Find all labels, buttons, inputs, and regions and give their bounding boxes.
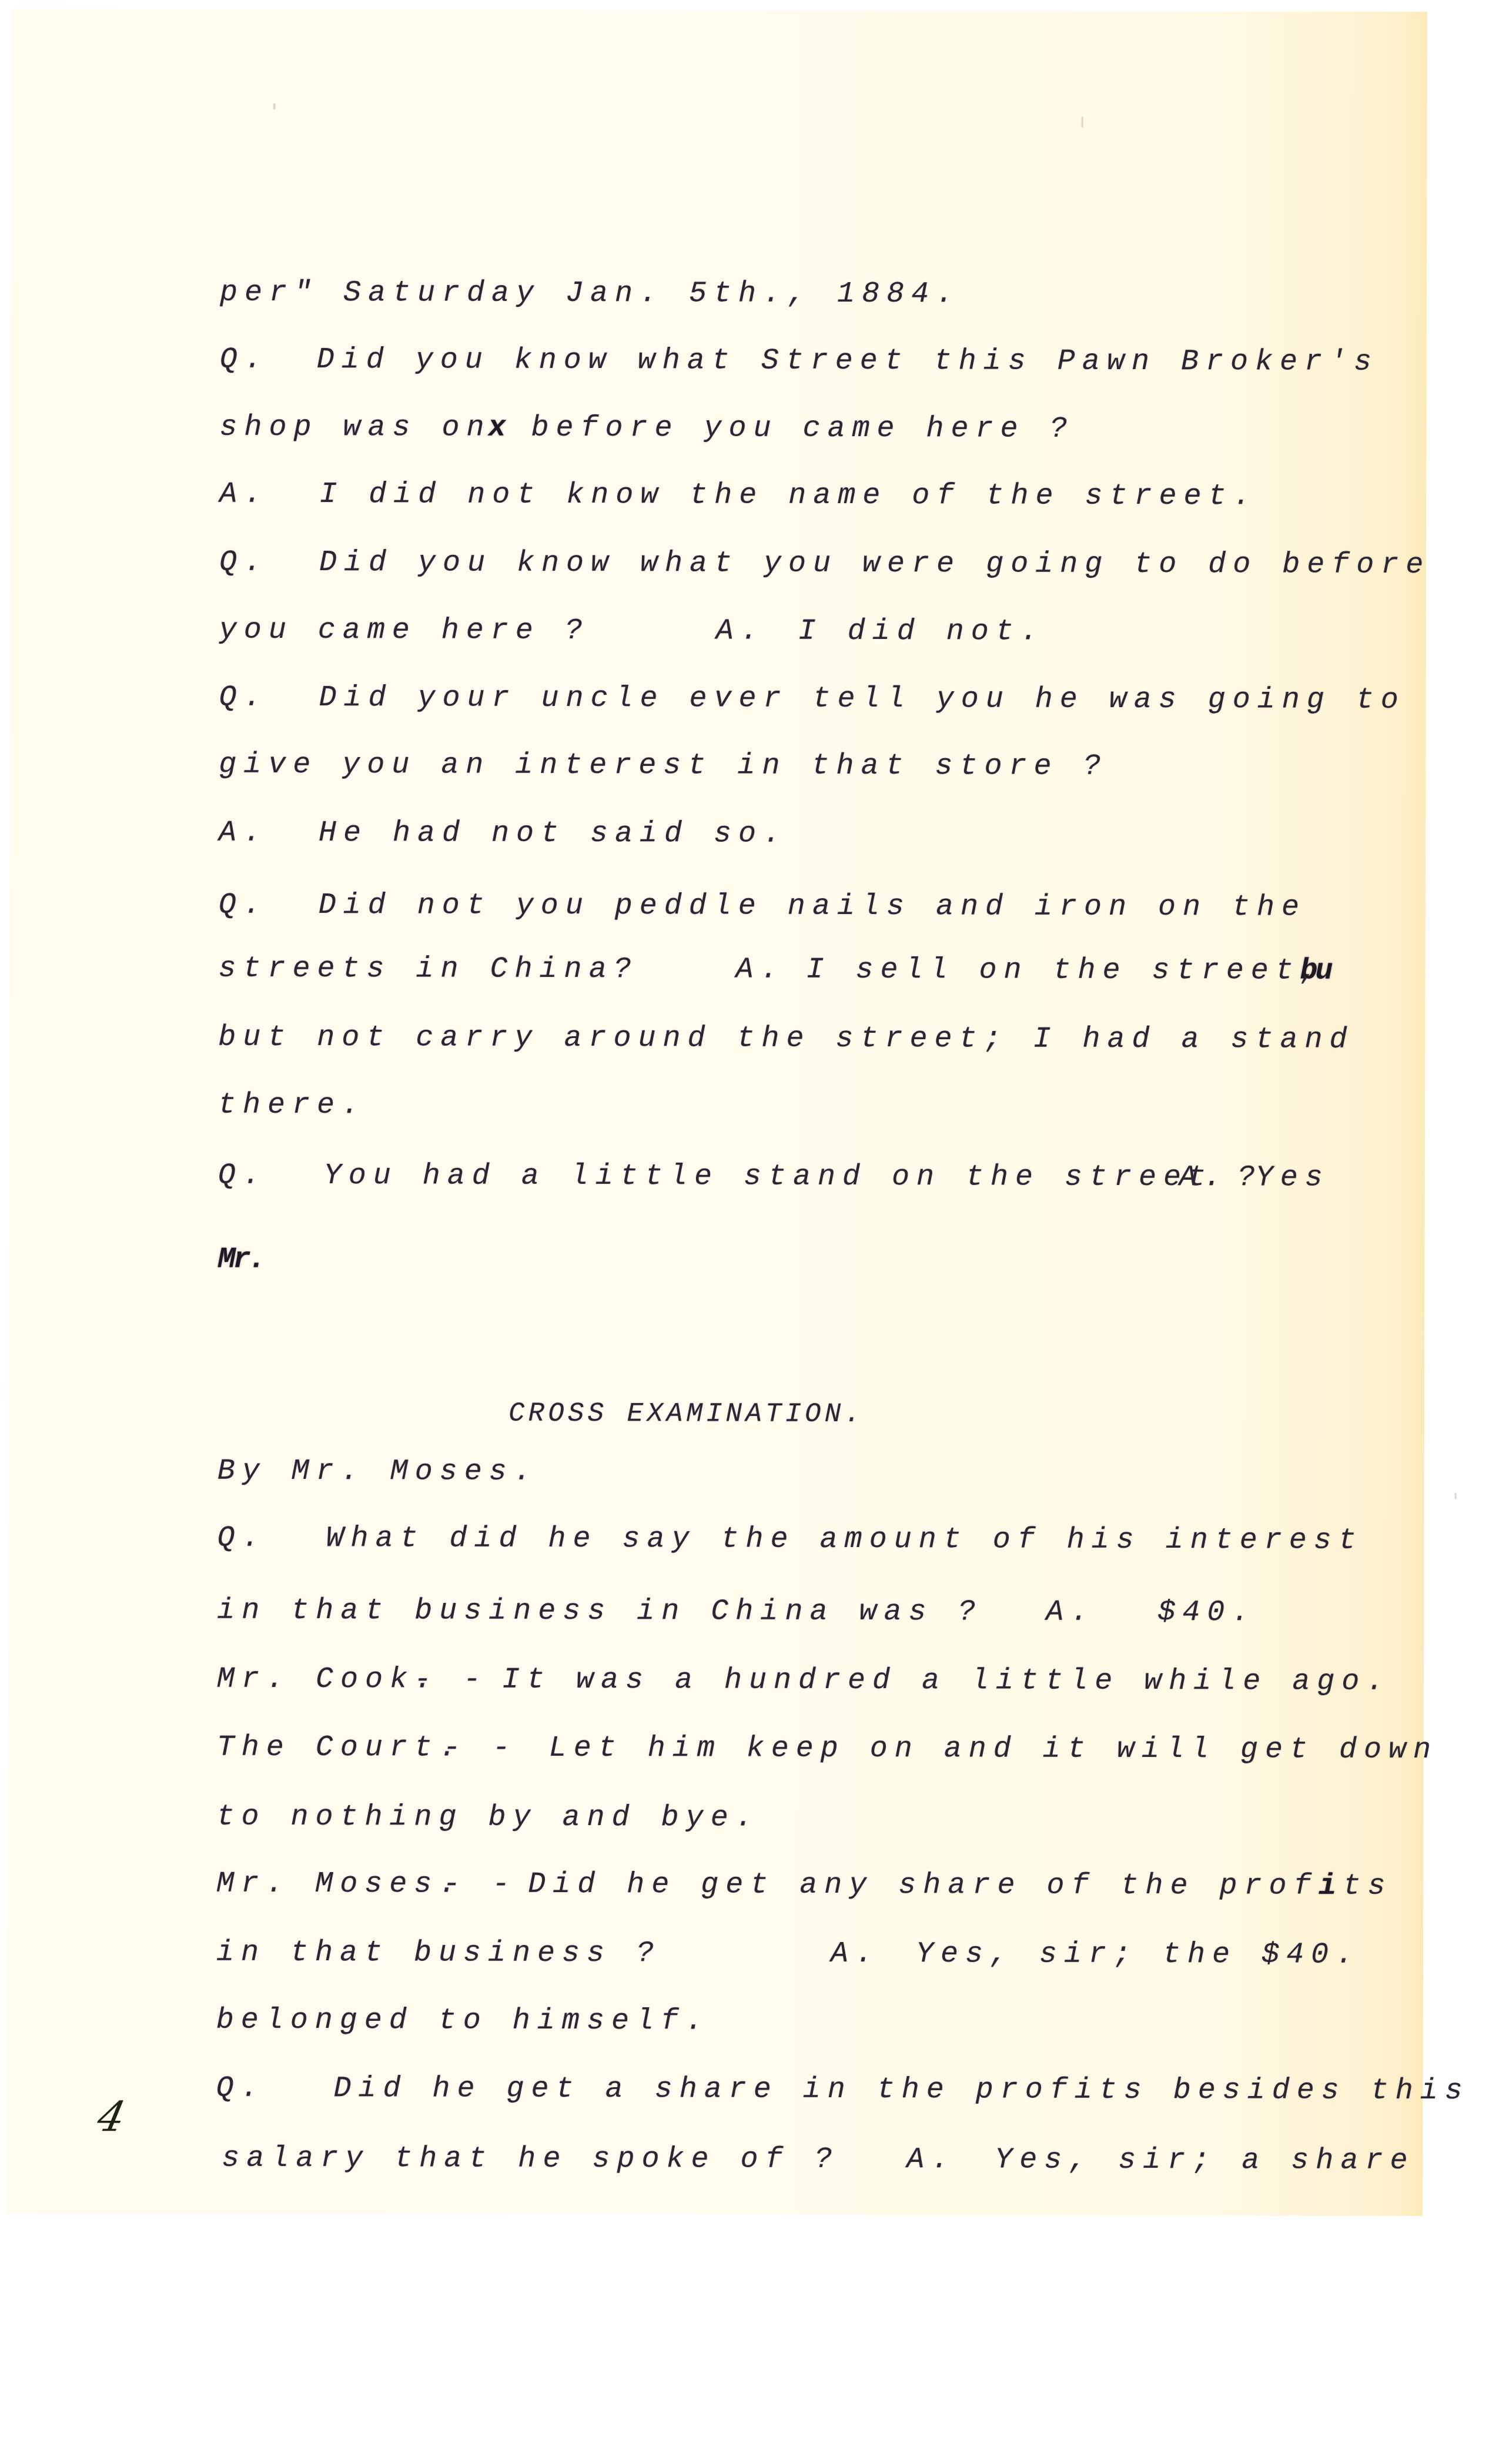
line-text: By Mr. Moses.	[218, 1448, 538, 1496]
question-line: Q. Did not you peddle nails and iron on …	[10, 882, 109, 929]
paper-speck	[1082, 117, 1083, 128]
text-line: salary that he spoke of ? A. Yes, sir; a…	[7, 2135, 106, 2182]
line-text: salary that he spoke of ?	[222, 2135, 839, 2184]
answer-text: I sell on the street,	[806, 947, 1324, 995]
q-marker: Q.	[220, 337, 269, 384]
struck-character: x	[488, 405, 503, 452]
text-line: belonged to himself.	[8, 1997, 106, 2044]
answer-text: Yes	[1256, 1154, 1330, 1201]
a-marker: A.	[716, 608, 765, 655]
line-text: in that business in China was ?	[217, 1588, 982, 1636]
speaker-name: The Court.	[217, 1725, 464, 1772]
examiner-line: By Mr. Moses.	[9, 1448, 108, 1495]
speaker-line: Mr. Moses. - - Did he get any share of t…	[8, 1860, 106, 1907]
dash: - -	[443, 1725, 517, 1772]
text-line: per" Saturday Jan. 5th., 1884.	[11, 269, 110, 316]
q-marker: Q.	[219, 882, 268, 929]
speaker-line: The Court. - - Let him keep on and it wi…	[8, 1724, 107, 1771]
line-text: What did he say the amount of his intere…	[326, 1515, 1363, 1565]
line-text: You had a little stand on the street ?	[324, 1153, 1262, 1201]
answer-text: Yes, sir; a share	[995, 2137, 1414, 2185]
q-marker: Q.	[219, 675, 268, 722]
struck-character: i	[1319, 1863, 1334, 1910]
heading-text: CROSS EXAMINATION.	[508, 1390, 864, 1438]
text-line: Mr.	[9, 1236, 108, 1283]
text-line: in that business ? A. Yes, sir; the $40.	[8, 1929, 106, 1976]
struck-characters: Mr.	[218, 1237, 263, 1284]
answer-text: Yes, sir; the $40.	[916, 1931, 1360, 1979]
line-text: to nothing by and bye.	[216, 1794, 759, 1842]
question-line: Q. What did he say the amount of his int…	[8, 1515, 107, 1562]
text-line: to nothing by and bye.	[8, 1793, 106, 1840]
line-text: you came here ?	[219, 607, 590, 655]
line-text: per" Saturday Jan. 5th., 1884.	[220, 270, 961, 319]
line-text: belonged to himself.	[216, 1997, 710, 2045]
line-text: He had not said so.	[319, 810, 788, 858]
text-line: shop was on x before you came here ?	[11, 404, 109, 451]
a-marker: A.	[735, 947, 785, 994]
q-marker: Q.	[219, 540, 269, 587]
line-text: there.	[218, 1082, 366, 1130]
line-text: give you an interest in that store ?	[219, 742, 1107, 791]
paper-speck	[1455, 1493, 1457, 1499]
text-line: give you an interest in that store ?	[10, 741, 109, 788]
text-line: there.	[9, 1082, 108, 1129]
answer-line: A. I did not know the name of the street…	[11, 471, 109, 518]
line-text: Did he get any share of the profits	[528, 1862, 1392, 1910]
dash: - -	[414, 1656, 488, 1703]
a-marker: A.	[906, 2137, 956, 2184]
a-marker: A.	[1046, 1589, 1095, 1636]
question-line: Q. Did your uncle ever tell you he was g…	[10, 674, 109, 721]
text-line: you came here ? A. I did not.	[11, 607, 109, 654]
line-text: streets in China?	[218, 946, 638, 993]
paper-speck	[273, 103, 276, 109]
line-text: It was a hundred a little while ago.	[502, 1657, 1391, 1706]
line-text: Let him keep on and it will get down	[549, 1725, 1438, 1774]
line-text: in that business ?	[216, 1930, 661, 1978]
question-line: Q. Did you know what Street this Pawn Br…	[11, 336, 110, 383]
line-text: Did you know what Street this Pawn Broke…	[317, 337, 1378, 386]
a-marker: A.	[219, 810, 268, 857]
q-marker: Q.	[218, 1153, 267, 1200]
answer-line: A. He had not said so.	[10, 809, 109, 856]
a-marker: A.	[1179, 1154, 1229, 1201]
line-text: I did not know the name of the street.	[319, 471, 1257, 520]
speaker-line: Mr. Cook. - - It was a hundred a little …	[8, 1656, 107, 1703]
struck-characters: bu	[1300, 948, 1330, 995]
line-text: Did you know what you were going to do b…	[319, 540, 1430, 589]
text-line: in that business in China was ? A. $40.	[8, 1587, 107, 1634]
text-line: streets in China? A. I sell on the stree…	[9, 945, 108, 992]
line-text: Did not you peddle nails and iron on the	[319, 882, 1306, 932]
line-text: Did he get a share in the profits beside…	[334, 2065, 1470, 2115]
document-page: per" Saturday Jan. 5th., 1884. Q. Did yo…	[7, 9, 1427, 2216]
line-text: shop was on	[219, 404, 491, 452]
question-line: Q. Did you know what you were going to d…	[11, 539, 109, 586]
a-marker: A.	[219, 471, 269, 518]
speaker-name: Mr. Cook.	[217, 1656, 439, 1704]
answer-text: I did not.	[798, 608, 1045, 656]
section-heading: CROSS EXAMINATION.	[9, 1389, 88, 1436]
question-line: Q. Did he get a share in the profits bes…	[8, 2065, 106, 2112]
q-marker: Q.	[217, 1515, 266, 1562]
q-marker: Q.	[216, 2065, 266, 2113]
answer-text: $40.	[1157, 1589, 1256, 1636]
dash: - -	[443, 1862, 517, 1909]
text-line: but not carry around the street; I had a…	[9, 1014, 108, 1061]
speaker-name: Mr. Moses.	[216, 1861, 463, 1909]
line-text: but not carry around the street; I had a…	[218, 1015, 1354, 1064]
line-text-continued: before you came here ?	[531, 405, 1074, 453]
a-marker: A.	[831, 1931, 880, 1978]
question-line: Q. You had a little stand on the street …	[9, 1152, 108, 1199]
line-text: Did your uncle ever tell you he was goin…	[319, 675, 1405, 724]
